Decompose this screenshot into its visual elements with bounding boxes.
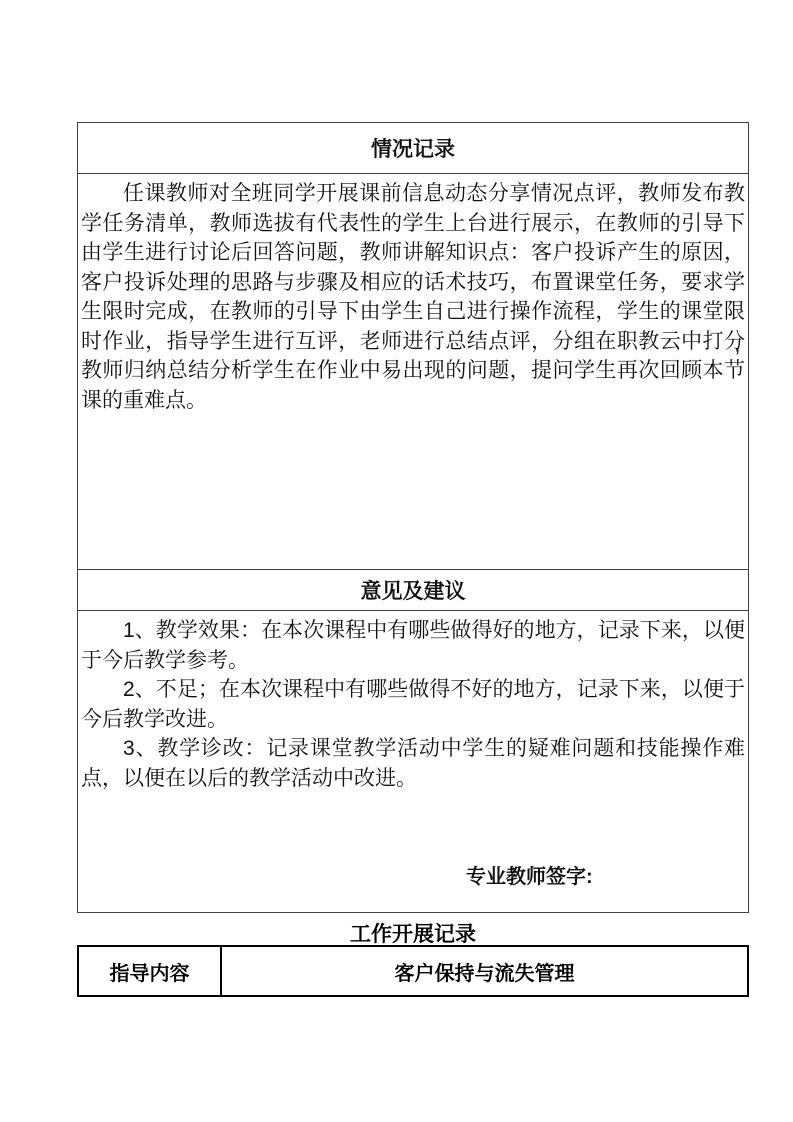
situation-record-table: 情况记录 任课教师对全班同学开展课前信息动态分享情况点评，教师发布教学任务清单，… [77,122,749,913]
table-row: 任课教师对全班同学开展课前信息动态分享情况点评，教师发布教学任务清单，教师选拔有… [78,174,749,570]
suggestions-header: 意见及建议 [78,570,749,611]
suggestion-item-2: 2、不足；在本次课程中有哪些做得不好的地方，记录下来，以便于今后教学改进。 [81,675,745,734]
suggestion-item-3: 3、教学诊改：记录课堂教学活动中学生的疑难问题和技能操作难点，以便在以后的教学活… [81,734,745,793]
stray-apostrophe-mark: ’ [735,348,740,368]
table-row: 1、教学效果：在本次课程中有哪些做得好的地方，记录下来，以便于今后教学参考。 2… [78,611,749,913]
work-record-table: 指导内容 客户保持与流失管理 [77,945,749,997]
table-row: 情况记录 [78,123,749,174]
situation-record-paragraph: 任课教师对全班同学开展课前信息动态分享情况点评，教师发布教学任务清单，教师选拔有… [81,179,745,415]
table-row: 意见及建议 [78,570,749,611]
guidance-content-value: 客户保持与流失管理 [221,946,748,996]
situation-record-body-cell: 任课教师对全班同学开展课前信息动态分享情况点评，教师发布教学任务清单，教师选拔有… [78,174,749,570]
table-row: 指导内容 客户保持与流失管理 [78,946,748,996]
document-page: 情况记录 任课教师对全班同学开展课前信息动态分享情况点评，教师发布教学任务清单，… [0,0,793,1122]
situation-record-header: 情况记录 [78,123,749,174]
guidance-content-label: 指导内容 [78,946,221,996]
suggestions-body-cell: 1、教学效果：在本次课程中有哪些做得好的地方，记录下来，以便于今后教学参考。 2… [78,611,749,913]
work-record-heading: 工作开展记录 [77,918,749,948]
suggestion-item-1: 1、教学效果：在本次课程中有哪些做得好的地方，记录下来，以便于今后教学参考。 [81,616,745,675]
teacher-signature-label: 专业教师签字: [81,863,745,893]
